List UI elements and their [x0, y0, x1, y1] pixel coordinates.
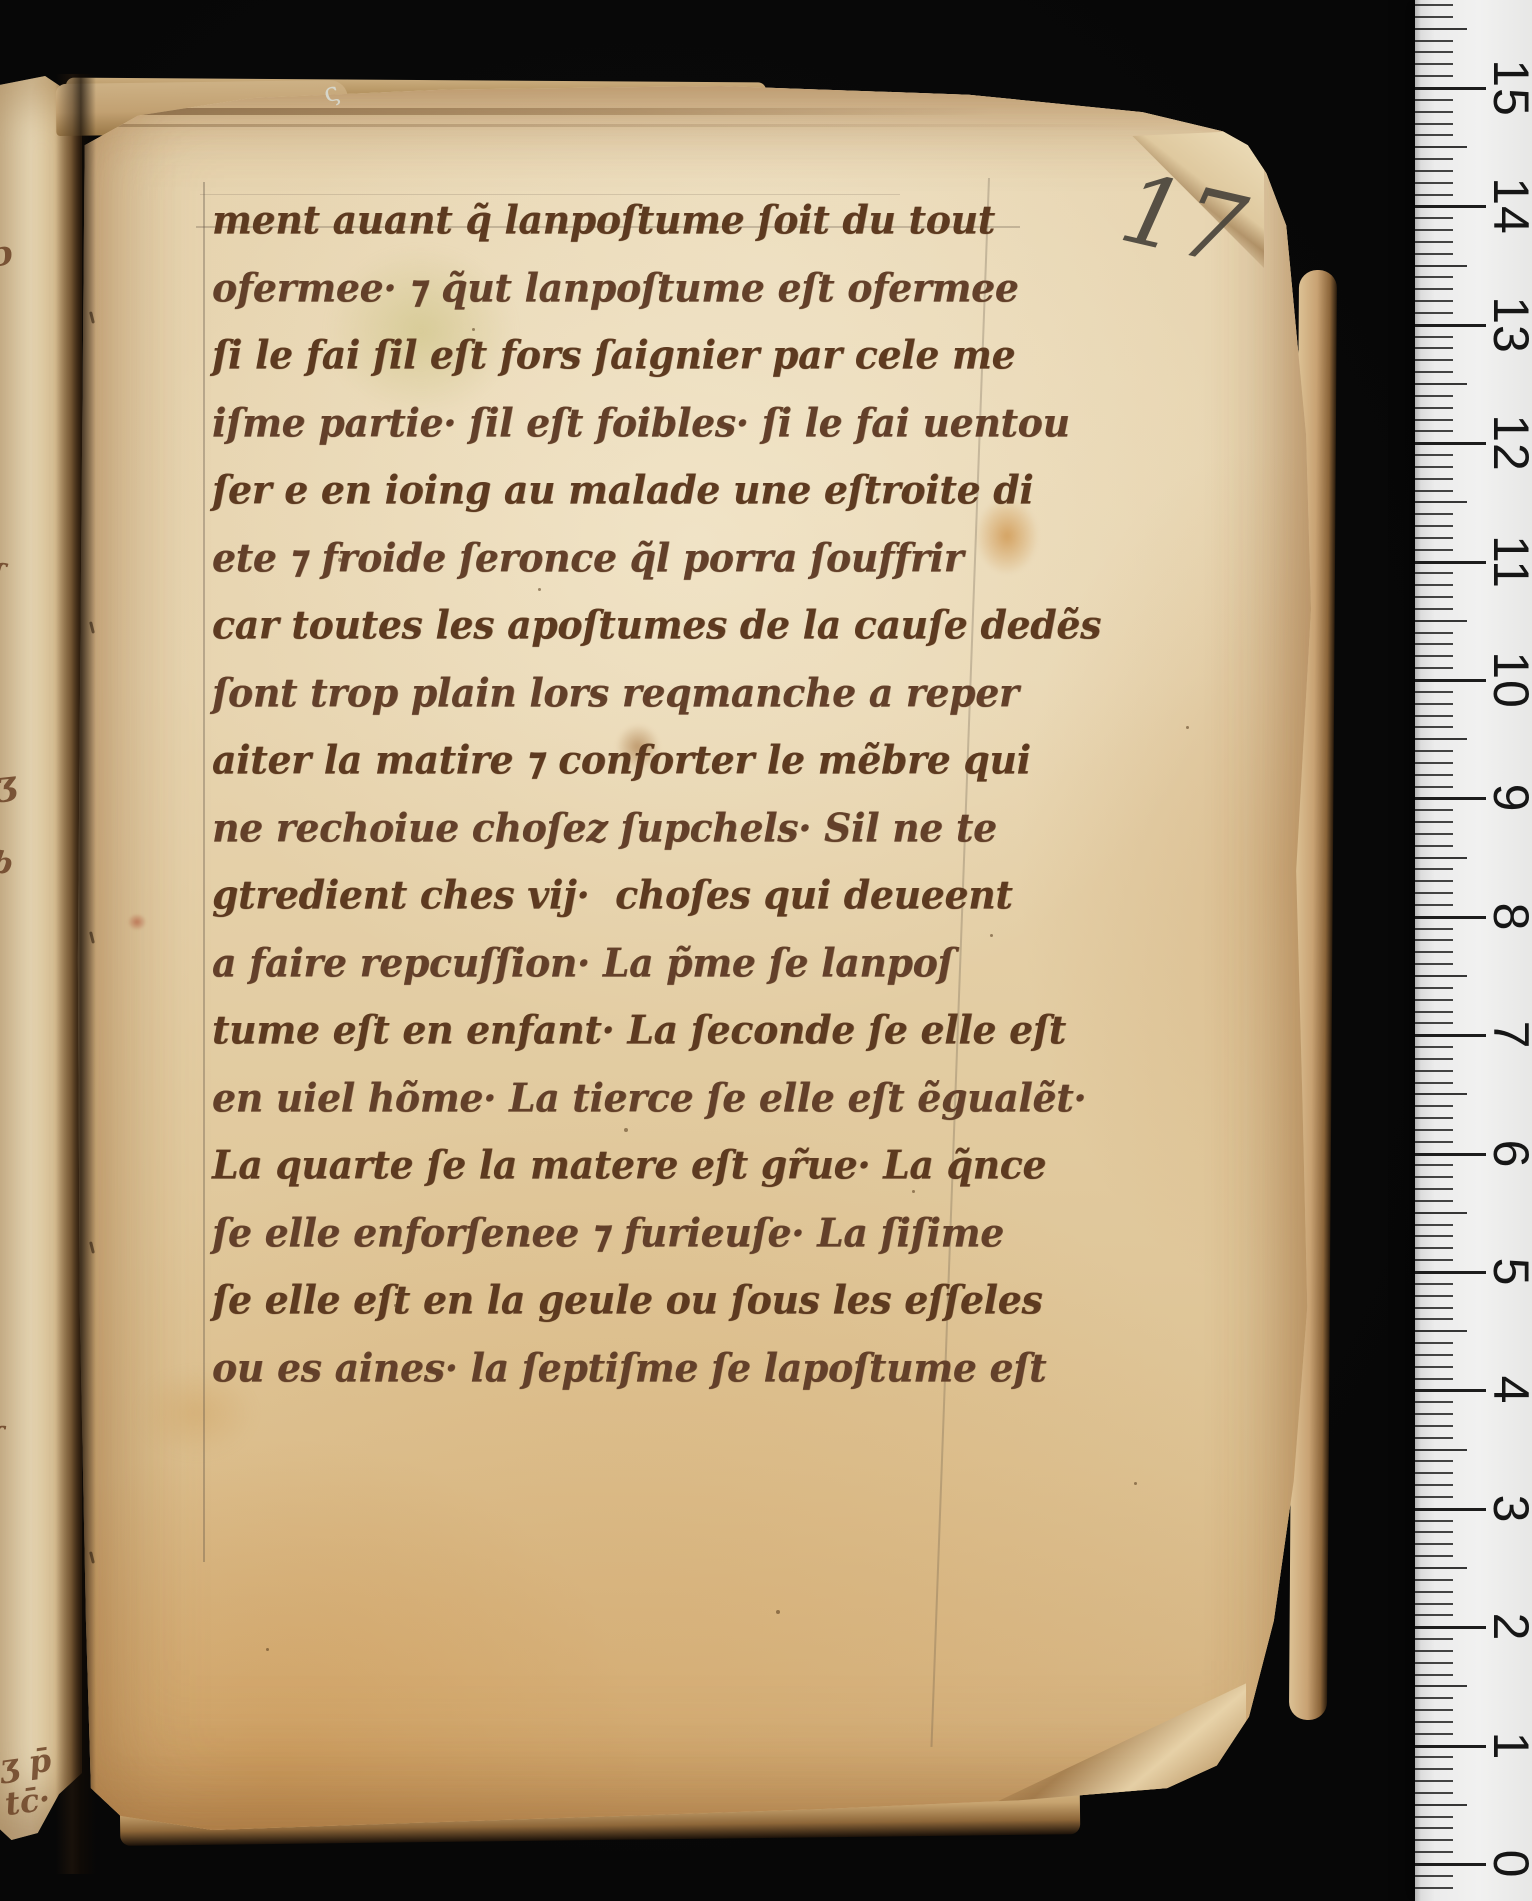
ruler-number-label: 5 [1481, 1242, 1532, 1302]
ruler-mm-tick [1415, 620, 1467, 622]
ruler-mm-tick [1415, 1780, 1453, 1782]
ruler-number-label: 3 [1481, 1479, 1532, 1539]
ruler-mm-tick [1415, 501, 1467, 503]
parchment-speck [394, 1304, 397, 1307]
ruler-mm-tick [1415, 1531, 1453, 1533]
ruler-mm-tick [1415, 715, 1453, 717]
ruler-mm-tick [1415, 1366, 1453, 1368]
ruler-mm-tick [1415, 608, 1453, 610]
ruler-mm-tick [1415, 99, 1453, 101]
ruler-mm-tick [1415, 1721, 1453, 1723]
ruler-mm-tick [1415, 1164, 1453, 1166]
manuscript-text-line: tume eſt en enfant· La ſeconde ſe elle e… [212, 1002, 1066, 1058]
ruler-mm-tick [1415, 857, 1467, 859]
ruler-mm-tick [1415, 809, 1453, 811]
ruler-mm-tick [1415, 1484, 1453, 1486]
ruler-mm-tick [1415, 194, 1453, 196]
ruler-mm-tick [1415, 1318, 1453, 1320]
ruler-mm-tick [1415, 1117, 1453, 1119]
parchment-speck [624, 1128, 628, 1132]
ruler-cm-tick [1415, 916, 1486, 919]
ruler-mm-tick [1415, 1342, 1453, 1344]
parchment-speck [836, 416, 838, 418]
manuscript-text-line: gtredient ches vij· choſes qui deueent [212, 867, 1013, 923]
left-page-text-fragment: ſ [0, 1422, 4, 1458]
ruler-mm-tick [1415, 892, 1453, 894]
ruler-mm-tick [1415, 1354, 1453, 1356]
ruler-mm-tick [1415, 1330, 1467, 1332]
ruler-mm-tick [1415, 1603, 1453, 1605]
ruler-cm-tick [1415, 1626, 1486, 1629]
ruler-mm-tick [1415, 1259, 1453, 1261]
ruler-cm-tick [1415, 679, 1486, 682]
left-page-text-fragment: b [0, 845, 15, 883]
bottom-right-curl [926, 1656, 1246, 1808]
manuscript-text-line: ſe elle enforſenee ⁊ furieuſe· La ſiſime [212, 1205, 1004, 1261]
ruler-mm-tick [1415, 1176, 1453, 1178]
ruler-number-label: 1 [1481, 1716, 1532, 1776]
ruler-mm-tick [1415, 229, 1453, 231]
folio-number: 17 [1113, 159, 1254, 280]
ruler-mm-tick [1415, 1105, 1453, 1107]
ruler-mm-tick [1415, 1413, 1453, 1415]
ruler-mm-tick [1415, 1567, 1467, 1569]
parchment-speck [266, 1648, 269, 1651]
top-edge-crease-thin [88, 124, 1179, 127]
ruler-mm-tick [1415, 1768, 1453, 1770]
ruler-mm-tick [1415, 750, 1453, 752]
ruler-mm-tick [1415, 1212, 1467, 1214]
ruler-mm-tick [1415, 1129, 1453, 1131]
ruler-mm-tick [1415, 217, 1453, 219]
ruler-mm-tick [1415, 726, 1453, 728]
ruler-mm-tick [1415, 1188, 1453, 1190]
ruler-mm-tick [1415, 549, 1453, 551]
ruler-number-label: 10 [1481, 650, 1532, 710]
ruler-mm-tick [1415, 359, 1453, 361]
ruler-mm-tick [1415, 395, 1453, 397]
ruler-cm-tick [1415, 1508, 1486, 1511]
ruler-mm-tick [1415, 1022, 1453, 1024]
ruler-mm-tick [1415, 868, 1453, 870]
parchment-stain [128, 914, 146, 930]
manuscript-text-line: ſe elle eſt en la geule ou ſous les eſſe… [212, 1272, 1043, 1328]
ruler-mm-tick [1415, 1224, 1453, 1226]
ruler-mm-tick [1415, 1579, 1453, 1581]
ruler-mm-tick [1415, 170, 1453, 172]
ruler-mm-tick [1415, 1792, 1453, 1794]
ruler-mm-tick [1415, 241, 1453, 243]
ruler-mm-tick [1415, 904, 1453, 906]
ruler-mm-tick [1415, 300, 1453, 302]
ruler-mm-tick [1415, 51, 1453, 53]
parchment-speck [1134, 1482, 1137, 1485]
ruler-mm-tick [1415, 336, 1453, 338]
ruler-mm-tick [1415, 703, 1453, 705]
parchment-speck [776, 1610, 780, 1614]
ruler-mm-tick [1415, 288, 1453, 290]
ruler-number-label: 11 [1481, 532, 1532, 592]
left-margin-ruling-line [203, 182, 205, 1562]
ruler-mm-tick [1415, 821, 1453, 823]
ruler-mm-tick [1415, 774, 1453, 776]
ruler-mm-tick [1415, 596, 1453, 598]
ruler-cm-tick [1415, 442, 1486, 445]
ruler-mm-tick [1415, 16, 1453, 18]
ruler-mm-tick [1415, 371, 1453, 373]
ruler-cm-tick [1415, 1389, 1486, 1392]
ruler-mm-tick [1415, 265, 1467, 267]
ruler-mm-tick [1415, 1756, 1453, 1758]
manuscript-photo-scene: ɔſʒbſʒ p̄ tc̄· ment auant q̃ lanpoſtume … [0, 0, 1532, 1901]
ruler-mm-tick [1415, 454, 1453, 456]
ruler-mm-tick [1415, 643, 1453, 645]
ruler-number-label: 7 [1481, 1005, 1532, 1065]
ruler-mm-tick [1415, 1295, 1453, 1297]
ruler-number-label: 6 [1481, 1124, 1532, 1184]
ruler-mm-tick [1415, 1887, 1453, 1889]
ruler-number-label: 8 [1481, 887, 1532, 947]
gutter-shadow [56, 74, 96, 1874]
manuscript-text-line: ete ⁊ froide ſeronce q̃l porra ſouffrir [212, 530, 963, 586]
ruler: 1514131211109876543210 [1415, 0, 1532, 1901]
ruler-number-label: 9 [1481, 768, 1532, 828]
manuscript-text-line: car toutes les apoſtumes de la cauſe ded… [212, 597, 1101, 653]
ruler-mm-tick [1415, 1093, 1467, 1095]
ruler-mm-tick [1415, 833, 1453, 835]
ruler-mm-tick [1415, 134, 1453, 136]
ruler-cm-tick [1415, 1863, 1486, 1866]
ruler-mm-tick [1415, 667, 1453, 669]
manuscript-text-line: La quarte ſe la matere eſt gr̃ue· La q̃n… [212, 1137, 1046, 1193]
ruler-mm-tick [1415, 738, 1467, 740]
left-page-text-fragment: ɔ [0, 233, 16, 276]
ruler-cm-tick [1415, 1153, 1486, 1156]
ruler-mm-tick [1415, 1011, 1453, 1013]
ruler-mm-tick [1415, 430, 1453, 432]
ruler-mm-tick [1415, 1662, 1453, 1664]
top-edge-crease [101, 108, 994, 115]
ruler-mm-tick [1415, 1638, 1453, 1640]
ruler-mm-tick [1415, 478, 1453, 480]
ruler-mm-tick [1415, 63, 1453, 65]
ruler-mm-tick [1415, 1851, 1453, 1853]
ruler-mm-tick [1415, 1425, 1453, 1427]
ruler-mm-tick [1415, 1697, 1453, 1699]
parchment-speck [990, 934, 993, 937]
ruler-mm-tick [1415, 1235, 1453, 1237]
parchment-speck [338, 558, 342, 562]
ruler-cm-tick [1415, 797, 1486, 800]
manuscript-text-line: en uiel hõme· La tierce ſe elle eſt ẽgua… [212, 1070, 1086, 1126]
ruler-mm-tick [1415, 999, 1453, 1001]
ruler-mm-tick [1415, 1709, 1453, 1711]
ruler-mm-tick [1415, 419, 1453, 421]
ruler-number-label: 12 [1481, 413, 1532, 473]
ruler-mm-tick [1415, 951, 1453, 953]
ruler-number-label: 2 [1481, 1597, 1532, 1657]
parchment-speck [912, 1190, 915, 1193]
left-page-text-fragment: ſ [0, 557, 5, 593]
ruler-mm-tick [1415, 928, 1453, 930]
ruler-mm-tick [1415, 1046, 1453, 1048]
ruler-mm-tick [1415, 146, 1467, 148]
ruler-mm-tick [1415, 1816, 1453, 1818]
ruler-mm-tick [1415, 383, 1467, 385]
ruler-mm-tick [1415, 1827, 1453, 1829]
ruler-mm-tick [1415, 762, 1453, 764]
ruler-mm-tick [1415, 276, 1453, 278]
ruler-mm-tick [1415, 691, 1453, 693]
ruler-mm-tick [1415, 1307, 1453, 1309]
ruler-mm-tick [1415, 1247, 1453, 1249]
ruler-mm-tick [1415, 975, 1467, 977]
left-page-text-fragment: ʒ [0, 763, 17, 805]
ruler-cm-tick [1415, 1271, 1486, 1274]
ruler-mm-tick [1415, 28, 1467, 30]
ruler-number-label: 14 [1481, 176, 1532, 236]
ruler-mm-tick [1415, 786, 1453, 788]
ruler-mm-tick [1415, 312, 1453, 314]
ruler-mm-tick [1415, 1733, 1453, 1735]
ruler-mm-tick [1415, 845, 1453, 847]
ruler-mm-tick [1415, 537, 1453, 539]
ruler-cm-tick [1415, 1745, 1486, 1748]
ruler-mm-tick [1415, 1555, 1453, 1557]
parchment-speck [1186, 726, 1189, 729]
ruler-mm-tick [1415, 1520, 1453, 1522]
manuscript-text-line: ſer e en ioing au malade une eſtroite di [212, 462, 1033, 518]
ruler-mm-tick [1415, 525, 1453, 527]
ruler-mm-tick [1415, 584, 1453, 586]
ruler-mm-tick [1415, 655, 1453, 657]
ruler-mm-tick [1415, 513, 1453, 515]
manuscript-text-line: ſi le fai ſil eſt fors ſaignier par cele… [212, 327, 1015, 383]
ruler-number-label: 13 [1481, 295, 1532, 355]
manuscript-text-line: ou es aines· la ſeptiſme ſe lapoſtume eſ… [212, 1340, 1046, 1396]
ruler-mm-tick [1415, 939, 1453, 941]
ruler-mm-tick [1415, 407, 1453, 409]
manuscript-text-line: ment auant q̃ lanpoſtume ſoit du tout [212, 192, 995, 248]
manuscript-page: ment auant q̃ lanpoſtume ſoit du toutofe… [76, 86, 1316, 1830]
ruler-mm-tick [1415, 1543, 1453, 1545]
ruler-mm-tick [1415, 75, 1453, 77]
ruler-mm-tick [1415, 1437, 1453, 1439]
ruler-mm-tick [1415, 158, 1453, 160]
ruler-mm-tick [1415, 1283, 1453, 1285]
ruler-mm-tick [1415, 347, 1453, 349]
ruler-mm-tick [1415, 40, 1453, 42]
ruler-mm-tick [1415, 4, 1453, 6]
ruler-mm-tick [1415, 1496, 1453, 1498]
ruler-mm-tick [1415, 963, 1453, 965]
ruler-mm-tick [1415, 1058, 1453, 1060]
ruler-mm-tick [1415, 1650, 1453, 1652]
ruler-mm-tick [1415, 1401, 1453, 1403]
ruler-mm-tick [1415, 1378, 1453, 1380]
ruler-mm-tick [1415, 253, 1453, 255]
ruler-number-label: 15 [1481, 58, 1532, 118]
manuscript-text-line: ſont trop plain lors reqmanche a reper [212, 665, 1019, 721]
ruler-cm-tick [1415, 324, 1486, 327]
ruler-mm-tick [1415, 123, 1453, 125]
ruler-mm-tick [1415, 1472, 1453, 1474]
ruler-number-label: 4 [1481, 1360, 1532, 1420]
ruler-mm-tick [1415, 1449, 1467, 1451]
ruler-mm-tick [1415, 1460, 1453, 1462]
ruler-mm-tick [1415, 1804, 1467, 1806]
manuscript-text-line: ne rechoiue choſez ſupchels· Sil ne te [212, 800, 997, 856]
ruler-mm-tick [1415, 632, 1453, 634]
manuscript-text-line: ofermee· ⁊ q̃ut lanpoſtume eſt ofermee [212, 260, 1019, 316]
ruler-mm-tick [1415, 111, 1453, 113]
ruler-cm-tick [1415, 87, 1486, 90]
manuscript-text-line: a faire repcuſſion· La p̃me ſe lanpoſ [212, 935, 954, 991]
ruler-mm-tick [1415, 1839, 1453, 1841]
ruler-cm-tick [1415, 561, 1486, 564]
ruler-mm-tick [1415, 572, 1453, 574]
ruler-mm-tick [1415, 1591, 1453, 1593]
ruler-mm-tick [1415, 182, 1453, 184]
ruler-mm-tick [1415, 1685, 1467, 1687]
ruler-mm-tick [1415, 1674, 1453, 1676]
ruler-mm-tick [1415, 490, 1453, 492]
ruler-mm-tick [1415, 1082, 1453, 1084]
ruler-mm-tick [1415, 1200, 1453, 1202]
manuscript-text-line: iſme partie· ſil eſt foibles· ſi le fai … [212, 395, 1070, 451]
ruler-mm-tick [1415, 1070, 1453, 1072]
ruler-mm-tick [1415, 1141, 1453, 1143]
ruler-cm-tick [1415, 1034, 1486, 1037]
manuscript-text-line: aiter la matire ⁊ conforter le mẽbre qui [212, 732, 1031, 788]
ruler-mm-tick [1415, 880, 1453, 882]
ruler-mm-tick [1415, 987, 1453, 989]
ruler-mm-tick [1415, 466, 1453, 468]
ruler-mm-tick [1415, 1875, 1453, 1877]
parchment-speck [538, 588, 541, 591]
ruler-cm-tick [1415, 205, 1486, 208]
ruler-mm-tick [1415, 1614, 1453, 1616]
parchment-speck [472, 328, 475, 331]
ruler-number-label: 0 [1481, 1834, 1532, 1894]
